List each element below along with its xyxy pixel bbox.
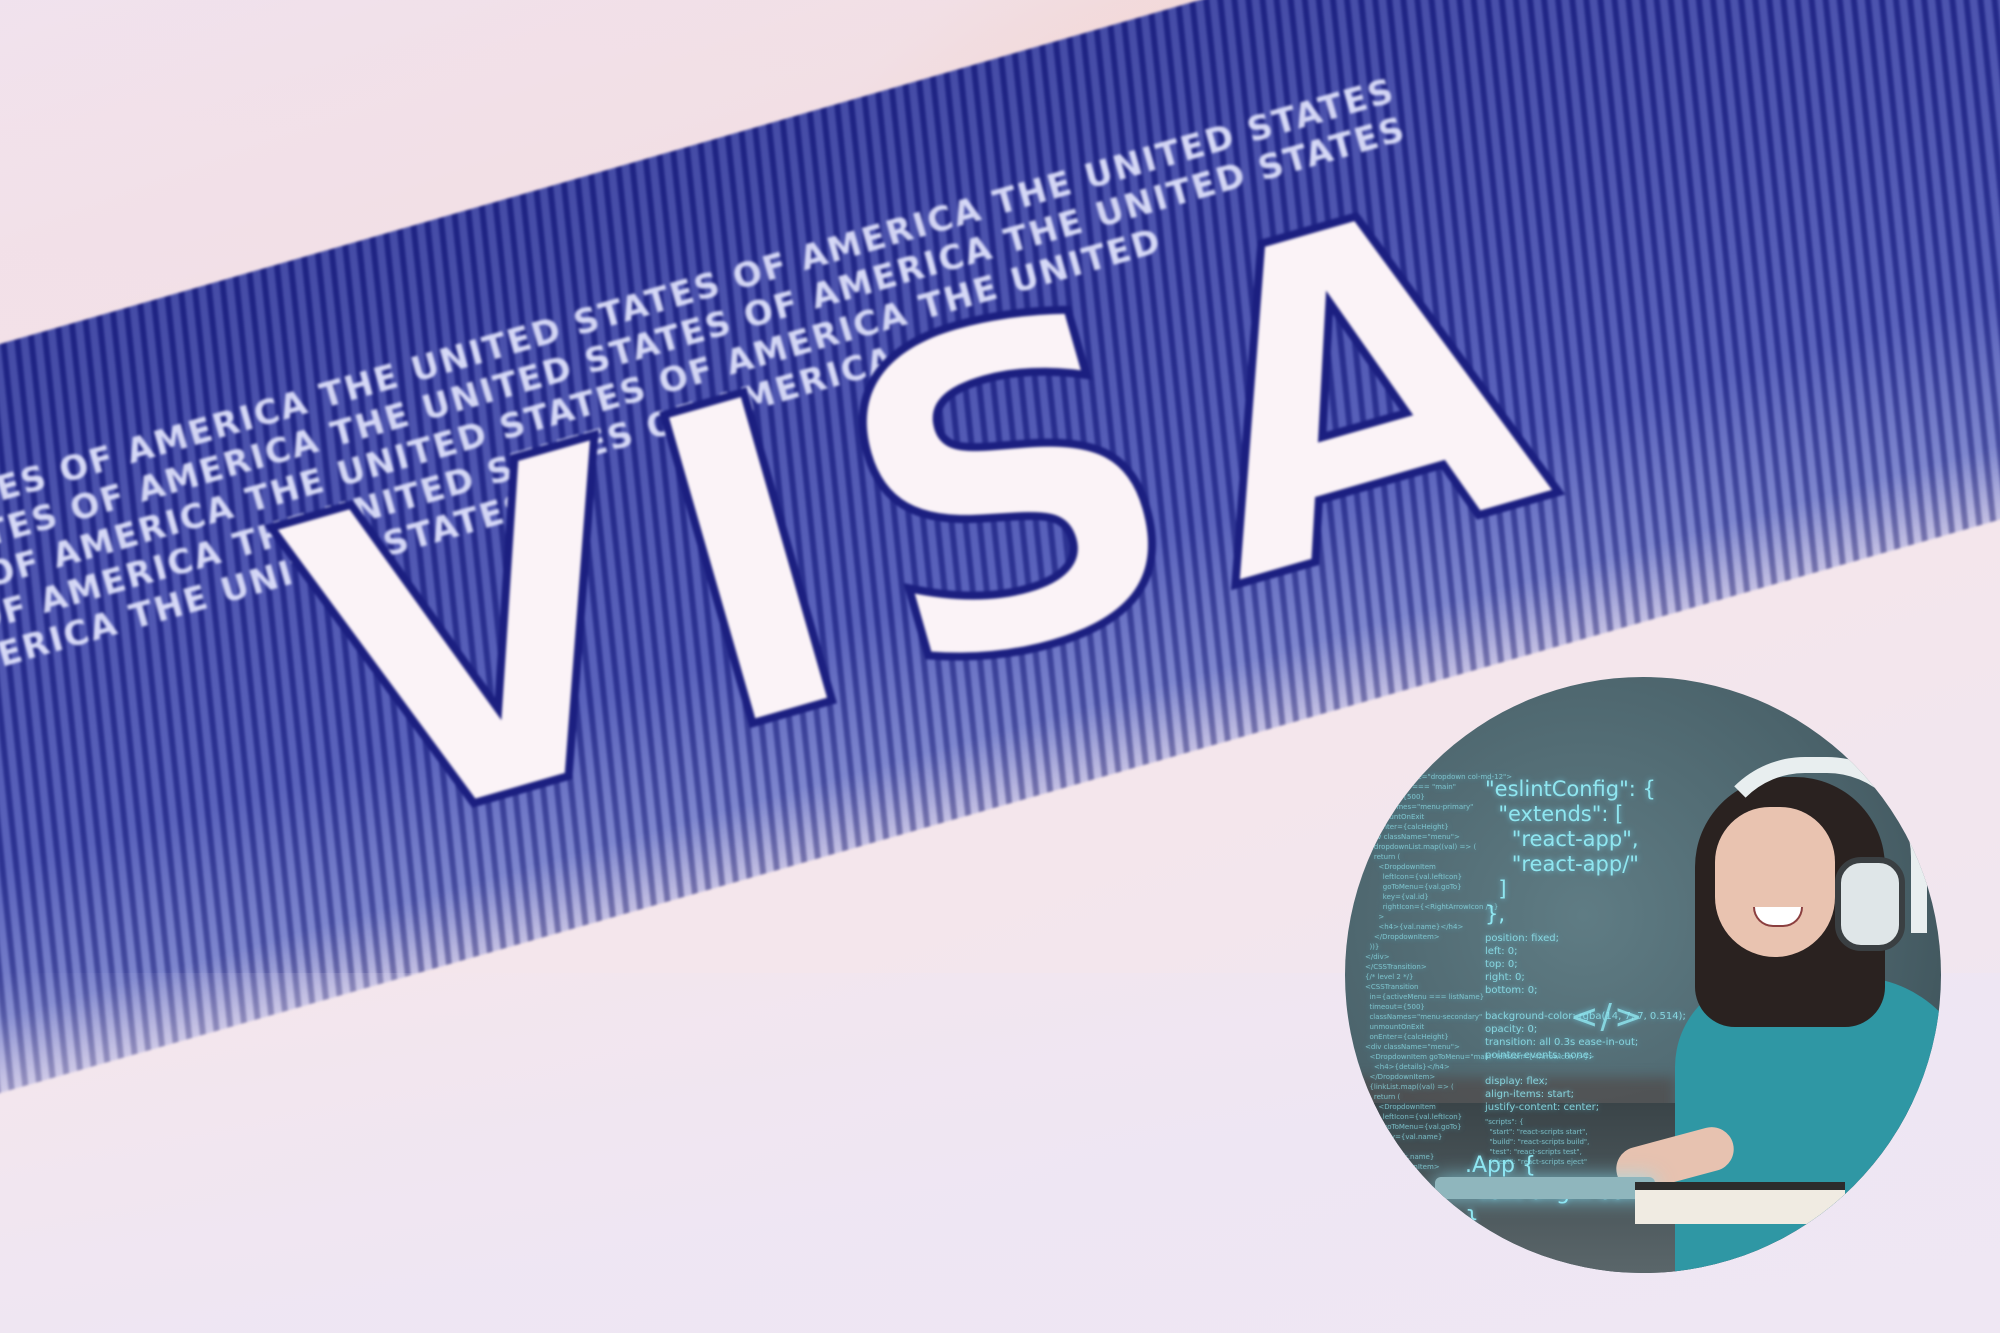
code-eslint: "eslintConfig": { "extends": [ "react-ap… — [1485, 777, 1656, 927]
code-tag-icon: </> — [1570, 997, 1644, 1037]
photo-background: UNITED STATES OF AMERICA THE UNITED STAT… — [0, 0, 2000, 1333]
notebook — [1635, 1182, 1845, 1224]
coding-woman-inset: <div className="dropdown col-md-12"> act… — [1345, 677, 1941, 1273]
keyboard — [1435, 1177, 1655, 1199]
headphone-earcup — [1835, 857, 1905, 951]
